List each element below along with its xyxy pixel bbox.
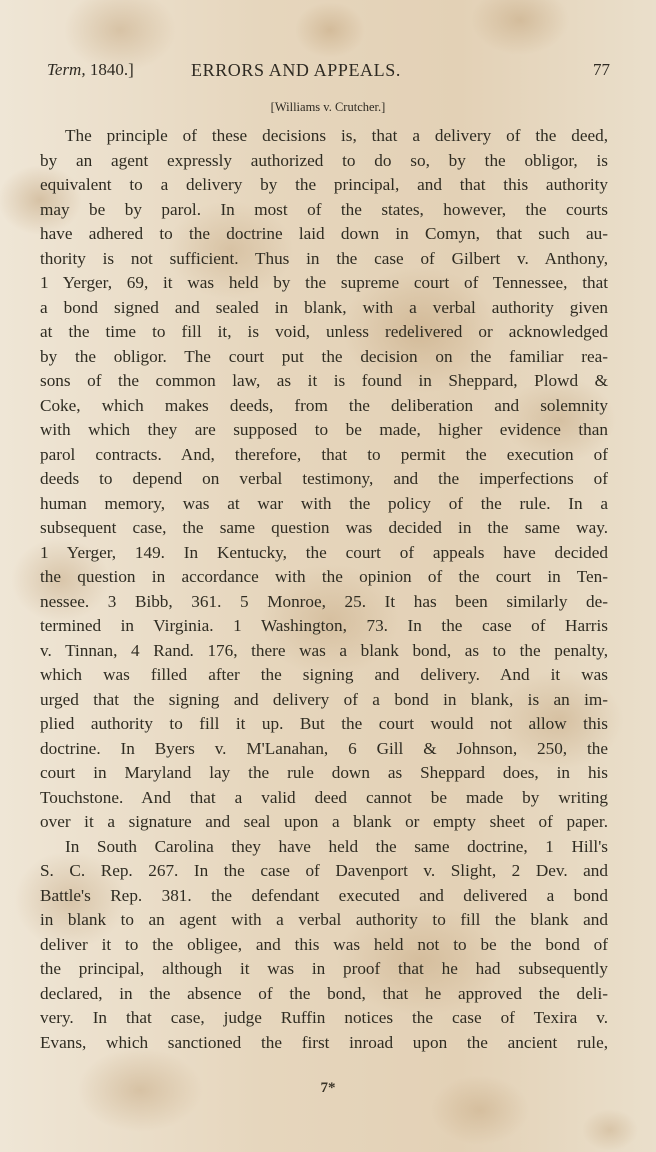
text-line: over it a signature and seal upon a blan… bbox=[40, 810, 608, 835]
page-header: Term, 1840.] ERRORS AND APPEALS. 77 bbox=[47, 60, 612, 84]
text-line: parol contracts. And, therefore, that to… bbox=[40, 443, 608, 468]
header-title: ERRORS AND APPEALS. bbox=[191, 60, 401, 81]
text-line: declared, in the absence of the bond, th… bbox=[40, 982, 608, 1007]
signature-mark: 7* bbox=[0, 1080, 656, 1097]
text-line: by the obligor. The court put the decisi… bbox=[40, 345, 608, 370]
text-line: deliver it to the obligee, and this was … bbox=[40, 933, 608, 958]
case-running-head: [Williams v. Crutcher.] bbox=[0, 100, 656, 115]
text-line: sons of the common law, as it is found i… bbox=[40, 369, 608, 394]
text-line: termined in Virginia. 1 Washington, 73. … bbox=[40, 614, 608, 639]
text-line: v. Tinnan, 4 Rand. 176, there was a blan… bbox=[40, 639, 608, 664]
text-line: the question in accordance with the opin… bbox=[40, 565, 608, 590]
text-line: doctrine. In Byers v. M'Lanahan, 6 Gill … bbox=[40, 737, 608, 762]
text-line: plied authority to fill it up. But the c… bbox=[40, 712, 608, 737]
header-term: Term, 1840.] bbox=[47, 60, 134, 80]
text-line: S. C. Rep. 267. In the case of Davenport… bbox=[40, 859, 608, 884]
text-line: 1 Yerger, 149. In Kentucky, the court of… bbox=[40, 541, 608, 566]
text-line: urged that the signing and delivery of a… bbox=[40, 688, 608, 713]
header-term-label: Term, bbox=[47, 60, 86, 79]
text-line: nessee. 3 Bibb, 361. 5 Monroe, 25. It ha… bbox=[40, 590, 608, 615]
text-line: at the time to fill it, is void, unless … bbox=[40, 320, 608, 345]
text-line: the principal, although it was in proof … bbox=[40, 957, 608, 982]
text-line: which was filled after the signing and d… bbox=[40, 663, 608, 688]
text-line: with which they are supposed to be made,… bbox=[40, 418, 608, 443]
text-line: equivalent to a delivery by the principa… bbox=[40, 173, 608, 198]
text-line: Battle's Rep. 381. the defendant execute… bbox=[40, 884, 608, 909]
text-line: court in Maryland lay the rule down as S… bbox=[40, 761, 608, 786]
text-line: thority is not sufficient. Thus in the c… bbox=[40, 247, 608, 272]
body-text: The principle of these decisions is, tha… bbox=[40, 124, 608, 1055]
text-line: 1 Yerger, 69, it was held by the supreme… bbox=[40, 271, 608, 296]
text-line: a bond signed and sealed in blank, with … bbox=[40, 296, 608, 321]
scanned-book-page: Term, 1840.] ERRORS AND APPEALS. 77 [Wil… bbox=[0, 0, 656, 1152]
text-line: deeds to depend on verbal testimony, and… bbox=[40, 467, 608, 492]
text-line: Touchstone. And that a valid deed cannot… bbox=[40, 786, 608, 811]
text-line: may be by parol. In most of the states, … bbox=[40, 198, 608, 223]
page-number: 77 bbox=[593, 60, 610, 80]
text-line: in blank to an agent with a verbal autho… bbox=[40, 908, 608, 933]
text-line: In South Carolina they have held the sam… bbox=[40, 835, 608, 860]
text-line: Coke, which makes deeds, from the delibe… bbox=[40, 394, 608, 419]
text-line: human memory, was at war with the policy… bbox=[40, 492, 608, 517]
text-line: The principle of these decisions is, tha… bbox=[40, 124, 608, 149]
header-year: 1840.] bbox=[90, 60, 134, 79]
text-line: by an agent expressly authorized to do s… bbox=[40, 149, 608, 174]
text-line: subsequent case, the same question was d… bbox=[40, 516, 608, 541]
text-line: Evans, which sanctioned the first inroad… bbox=[40, 1031, 608, 1056]
text-line: have adhered to the doctrine laid down i… bbox=[40, 222, 608, 247]
text-line: very. In that case, judge Ruffin notices… bbox=[40, 1006, 608, 1031]
